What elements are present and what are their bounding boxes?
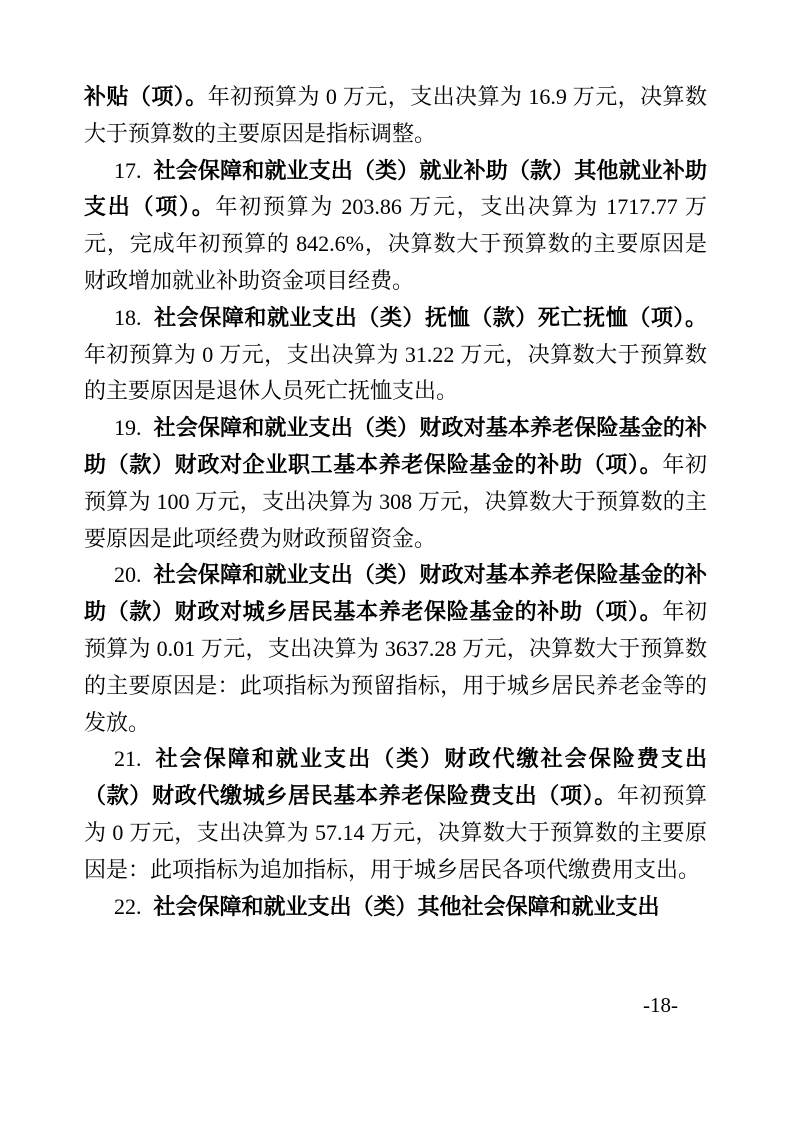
paragraph-number: 19.: [114, 415, 142, 440]
paragraph-19: 19.社会保障和就业支出（类）财政对基本养老保险基金的补助（款）财政对企业职工基…: [84, 410, 707, 557]
page-number: -18-: [643, 993, 678, 1018]
paragraph-18: 18.社会保障和就业支出（类）抚恤（款）死亡抚恤（项）。年初预算为 0 万元，支…: [84, 300, 707, 410]
paragraph-number: 20.: [114, 562, 142, 587]
paragraph-17: 17.社会保障和就业支出（类）就业补助（款）其他就业补助支出（项）。年初预算为 …: [84, 153, 707, 300]
paragraph-number: 21.: [114, 746, 142, 771]
paragraph-21: 21.社会保障和就业支出（类）财政代缴社会保险费支出（款）财政代缴城乡居民基本养…: [84, 741, 707, 888]
paragraph-heading: 社会保障和就业支出（类）财政对基本养老保险基金的补助（款）财政对企业职工基本养老…: [84, 415, 707, 477]
paragraph-16-continuation: 补贴（项）。年初预算为 0 万元，支出决算为 16.9 万元，决算数大于预算数的…: [84, 79, 707, 153]
paragraph-number: 17.: [114, 158, 142, 183]
paragraph-20: 20.社会保障和就业支出（类）财政对基本养老保险基金的补助（款）财政对城乡居民基…: [84, 557, 707, 741]
paragraph-heading: 补贴（项）。: [84, 84, 208, 109]
paragraph-heading: 社会保障和就业支出（类）其他社会保障和就业支出: [154, 894, 660, 919]
paragraph-22: 22.社会保障和就业支出（类）其他社会保障和就业支出: [84, 889, 707, 926]
paragraph-body: 年初预算为 0 万元，支出决算为 31.22 万元，决算数大于预算数的主要原因是…: [84, 342, 707, 404]
document-content: 补贴（项）。年初预算为 0 万元，支出决算为 16.9 万元，决算数大于预算数的…: [84, 79, 707, 925]
paragraph-number: 18.: [114, 305, 142, 330]
document-page: 补贴（项）。年初预算为 0 万元，支出决算为 16.9 万元，决算数大于预算数的…: [0, 0, 793, 1122]
paragraph-number: 22.: [114, 894, 142, 919]
paragraph-heading: 社会保障和就业支出（类）财政对基本养老保险基金的补助（款）财政对城乡居民基本养老…: [84, 562, 707, 624]
paragraph-heading: 社会保障和就业支出（类）财政代缴社会保险费支出（款）财政代缴城乡居民基本养老保险…: [84, 746, 707, 808]
paragraph-heading: 社会保障和就业支出（类）抚恤（款）死亡抚恤（项）。: [154, 305, 708, 330]
